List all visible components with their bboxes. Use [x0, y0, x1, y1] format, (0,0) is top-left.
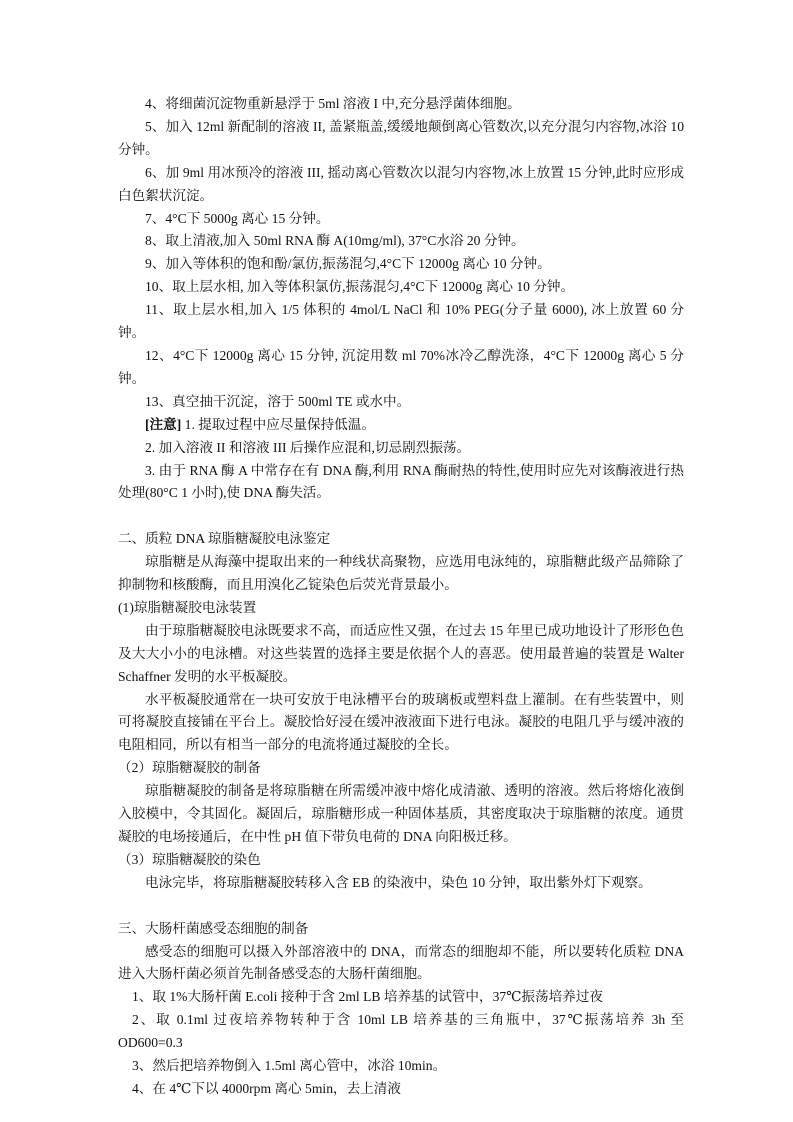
step-7: 7、4°C下 5000g 离心 15 分钟。 — [118, 208, 684, 231]
subsection-3-paragraph: 电泳完毕，将琼脂糖凝胶转移入含 EB 的染液中，染色 10 分钟，取出紫外灯下观… — [118, 872, 684, 895]
spacer — [118, 895, 684, 918]
step-11: 11、取上层水相,加入 1/5 体积的 4mol/L NaCl 和 10% PE… — [118, 299, 684, 345]
step-6: 6、加 9ml 用冰预冷的溶液 III, 摇动离心管数次以混匀内容物,冰上放置 … — [118, 162, 684, 208]
step-4: 4、将细菌沉淀物重新悬浮于 5ml 溶液 I 中,充分悬浮菌体细胞。 — [118, 93, 684, 116]
subsection-2-heading: （2）琼脂糖凝胶的制备 — [118, 757, 684, 780]
section-2-heading: 二、质粒 DNA 琼脂糖凝胶电泳鉴定 — [118, 528, 684, 551]
section-3-heading: 三、大肠杆菌感受态细胞的制备 — [118, 918, 684, 941]
section-3-step-4: 4、在 4℃下以 4000rpm 离心 5min，去上清液 — [118, 1078, 684, 1101]
note-1-text: 1. 提取过程中应尽量保持低温。 — [181, 417, 375, 432]
step-5: 5、加入 12ml 新配制的溶液 II, 盖紧瓶盖,缓缓地颠倒离心管数次,以充分… — [118, 116, 684, 162]
section-2-intro: 琼脂糖是从海藻中提取出来的一种线状高聚物，应选用电泳纯的，琼脂糖此级产品筛除了抑… — [118, 551, 684, 597]
section-3-step-2: 2、取 0.1ml 过夜培养物转种于含 10ml LB 培养基的三角瓶中，37℃… — [118, 1009, 684, 1055]
section-3-step-3: 3、然后把培养物倒入 1.5ml 离心管中，冰浴 10min。 — [118, 1055, 684, 1078]
subsection-3-heading: （3）琼脂糖凝胶的染色 — [118, 849, 684, 872]
note-3: 3. 由于 RNA 酶 A 中常存在有 DNA 酶,利用 RNA 酶耐热的特性,… — [118, 460, 684, 506]
section-3-intro: 感受态的细胞可以摄入外部溶液中的 DNA，而常态的细胞却不能，所以要转化质粒 D… — [118, 941, 684, 987]
note-2: 2. 加入溶液 II 和溶液 III 后操作应混和,切忌剧烈振荡。 — [118, 437, 684, 460]
step-9: 9、加入等体积的饱和酚/氯仿,振荡混匀,4°C下 12000g 离心 10 分钟… — [118, 253, 684, 276]
document-page: 4、将细菌沉淀物重新悬浮于 5ml 溶液 I 中,充分悬浮菌体细胞。 5、加入 … — [118, 93, 684, 1101]
step-13: 13、真空抽干沉淀，溶于 500ml TE 或水中。 — [118, 391, 684, 414]
section-3-step-1: 1、取 1%大肠杆菌 E.coli 接种于含 2ml LB 培养基的试管中，37… — [118, 986, 684, 1009]
step-10: 10、取上层水相, 加入等体积氯仿,振荡混匀,4°C下 12000g 离心 10… — [118, 276, 684, 299]
spacer — [118, 505, 684, 528]
subsection-2-paragraph: 琼脂糖凝胶的制备是将琼脂糖在所需缓冲液中熔化成清澈、透明的溶液。然后将熔化液倒入… — [118, 780, 684, 849]
subsection-1-heading: (1)琼脂糖凝胶电泳装置 — [118, 597, 684, 620]
step-8: 8、取上清液,加入 50ml RNA 酶 A(10mg/ml), 37°C水浴 … — [118, 230, 684, 253]
step-12: 12、4°C下 12000g 离心 15 分钟, 沉淀用数 ml 70%冰冷乙醇… — [118, 345, 684, 391]
subsection-1-paragraph-1: 由于琼脂糖凝胶电泳既要求不高，而适应性又强，在过去 15 年里已成功地设计了形形… — [118, 620, 684, 689]
subsection-1-paragraph-2: 水平板凝胶通常在一块可安放于电泳槽平台的玻璃板或塑料盘上灌制。在有些装置中，则可… — [118, 689, 684, 758]
note-1: [注意] 1. 提取过程中应尽量保持低温。 — [118, 414, 684, 437]
note-label: [注意] — [145, 417, 181, 432]
